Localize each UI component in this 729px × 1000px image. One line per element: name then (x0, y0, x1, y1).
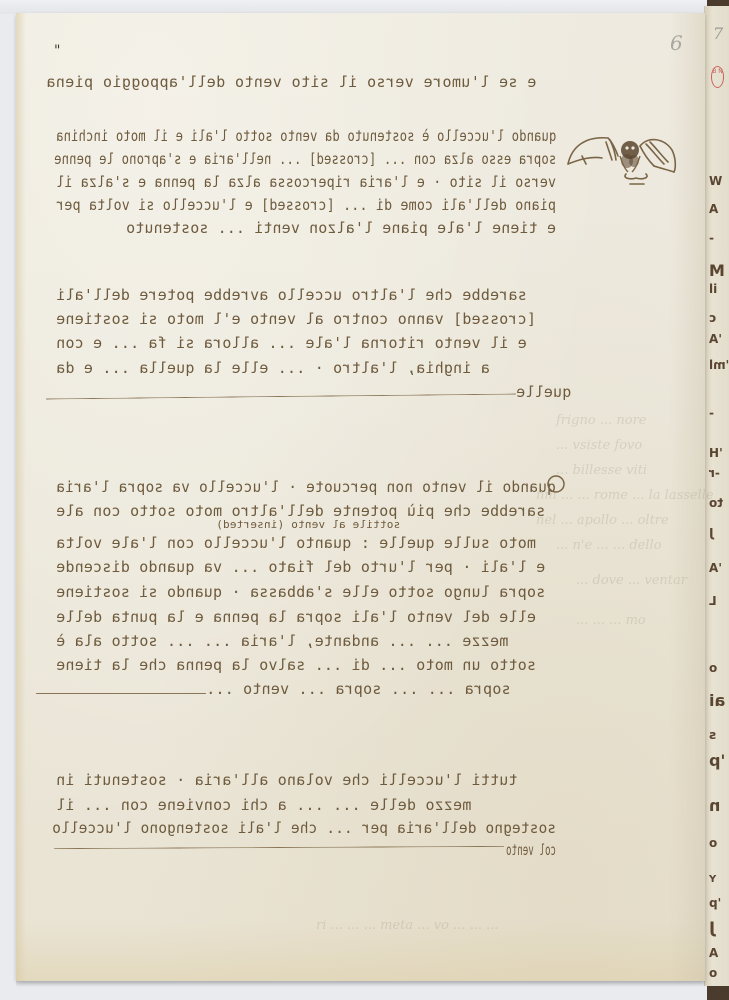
facing-fragment: A (709, 202, 718, 216)
scan-background (0, 0, 729, 14)
facing-fragment: c (709, 311, 716, 325)
margin-mark: " (54, 43, 60, 59)
folio-number: 6 (670, 31, 683, 55)
manuscript-page: frigno ... nore ... vsiste fovo ... bill… (16, 13, 705, 981)
bleed-through-text: ... vsiste fovo (556, 438, 642, 453)
facing-fragment: 'ml (709, 358, 729, 372)
paragraph-1-line: sopra esso alza con ... [crossed] ... ne… (54, 150, 556, 168)
paragraph-3-line: e l'ali · per l'urto del fiato ... va qu… (56, 558, 545, 576)
facing-fragment: n (709, 796, 720, 815)
paragraph-4-line: col vento (506, 841, 556, 859)
facing-fragment: o (709, 661, 717, 675)
paragraph-3-insertion: sottile al vento (inserted) (216, 518, 400, 531)
bleed-through-text: frigno ... nore (556, 413, 646, 428)
facing-fragment: 'H (709, 446, 723, 460)
paragraph-2-line: quelle (516, 383, 571, 401)
bleed-through-text: ri ... ... ... meta ... vo ... ... ... (316, 918, 499, 933)
facing-fragment: o (709, 836, 717, 850)
facing-fragment: 'A (709, 561, 722, 575)
bleed-through-text: nel ... apollo ... oltre (536, 513, 669, 528)
page-shadow (16, 981, 705, 987)
paragraph-3-line: mezze ... ... andante, l'aria ... ... so… (56, 632, 508, 650)
paragraph-3-line: sopra ... ... sopra ... vento ... (206, 680, 511, 698)
facing-fragment: W (709, 174, 722, 188)
paragraph-1-line: piano dell'ali come di ... [crossed] e l… (56, 196, 556, 214)
facing-fragment: J (709, 918, 715, 937)
paragraph-4-line: sostegno dell'aria per ... che l'ali sos… (52, 819, 556, 837)
paragraph-3-line: sopra lungo sotto elle s'abbassa · quand… (56, 583, 545, 601)
facing-fragment: 'p (709, 896, 721, 910)
facing-fragment: J (709, 526, 713, 540)
paragraph-2-line: sarebbe che l'altro uccello avrebbe pote… (56, 286, 527, 304)
facing-fragment: s (709, 728, 716, 742)
paragraph-3-line: moto sulle quelle : quanto l'uccello con… (56, 534, 536, 552)
paragraph-3-line: sotto un moto ... di ... salvo la penna … (56, 656, 536, 674)
facing-fragment: - (709, 231, 714, 245)
paragraph-1-line: e tiene l'ale piane l'alzon venti ... so… (126, 219, 556, 237)
facing-fragment: o (709, 966, 717, 980)
facing-fragment: ai (709, 691, 725, 710)
facing-fragment: L (709, 594, 717, 608)
facing-fragment: il (709, 282, 717, 296)
paragraph-3-line: elle del vento l'ali sopra la penna e la… (56, 608, 536, 626)
paragraph-3-line: quando il vento non percuote · l'uccello… (56, 478, 556, 496)
paragraph-1-line: verso il sito · e l'aria ripercossa alza… (56, 173, 556, 191)
bleed-through-text: ... dove ... ventar (576, 573, 687, 588)
bleed-through-text: ... n'e ... ... dello (556, 538, 662, 553)
facing-fragment: 'A (709, 332, 722, 346)
paragraph-2-line: [crossed] vanno contro al vento e'l moto… (56, 310, 536, 328)
facing-fragment: 'p (709, 751, 725, 770)
facing-folio-number: 7 (713, 24, 723, 43)
bleed-through-text: ... ... ... mo (576, 613, 646, 628)
paragraph-1-line: quando l'uccello è sostenuto da vento so… (56, 127, 556, 145)
paragraph-2-line: e il vento ritorna l'ale ... allora si f… (56, 334, 527, 352)
initial-circle-icon (544, 471, 568, 497)
section-divider (54, 846, 504, 849)
facing-fragment: M (709, 261, 725, 280)
page-edge-stain (16, 13, 26, 981)
header-text-line: e se l'umore verso il sito vento dell'ap… (46, 73, 536, 91)
facing-fragment: -r (709, 466, 720, 480)
paragraph-2-line: a inghia, l'altro · ... elle la quella .… (56, 359, 490, 377)
section-divider (36, 693, 206, 694)
facing-fragment: A (709, 946, 718, 960)
facing-fragment: - (709, 406, 714, 420)
library-stamp-icon: B N (711, 66, 724, 88)
section-divider (46, 394, 516, 400)
paragraph-4-line: mezzo delle ... ... a chi conviene con .… (56, 796, 471, 814)
paragraph-4-line: tutti l'uccelli che volano all'aria · so… (56, 771, 518, 789)
facing-fragment: Y (709, 874, 716, 885)
winged-creature-sketch-icon (564, 116, 679, 186)
bleed-through-text: ... billesse viti (556, 463, 647, 478)
